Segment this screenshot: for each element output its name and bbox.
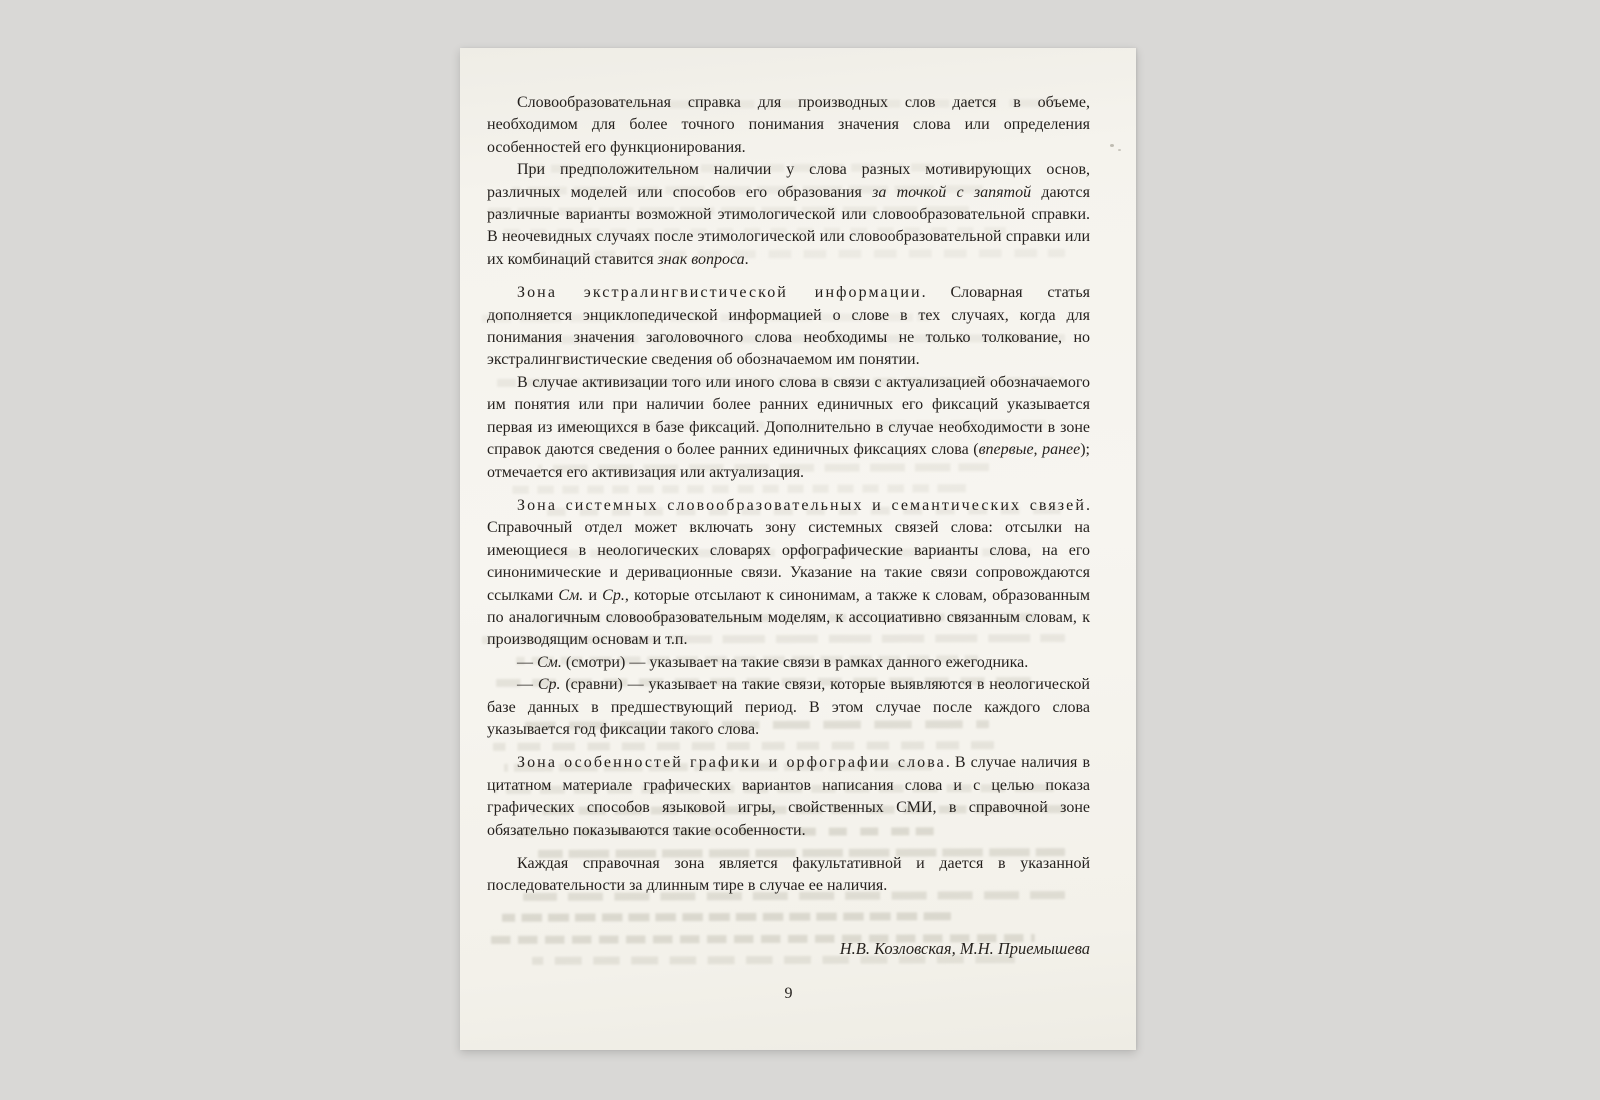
text-run-italic: Ср. (602, 587, 625, 604)
section-extralinguistic-info: Зона экстралингвистической информации. С… (487, 282, 1090, 372)
text-run-italic: Ср. (538, 676, 561, 693)
list-item-sm: — См. (смотри) — указывает на такие связ… (487, 652, 1090, 674)
section-heading: Зона системных словообразовательных и се… (517, 497, 1086, 514)
paragraph-derivational-note: Словообразовательная справка для произво… (487, 92, 1090, 159)
authors-signature: Н.В. Козловская, М.Н. Приемышева (487, 938, 1090, 960)
text-run-italic: См. (558, 587, 583, 604)
section-graphics-orthography: Зона особенностей графики и орфографии с… (487, 752, 1090, 842)
scanned-page: Словообразовательная справка для произво… (460, 48, 1136, 1050)
paragraph-activization: В случае активизации того или иного слов… (487, 372, 1090, 484)
text-run: Каждая справочная зона является факульта… (487, 855, 1090, 894)
section-heading: Зона особенностей графики и орфографии с… (517, 754, 946, 771)
text-run: и (583, 587, 602, 604)
list-item-sr: — Ср. (сравни) — указывает на такие связ… (487, 674, 1090, 741)
text-run: Словообразовательная справка для произво… (487, 94, 1090, 156)
text-run-italic: впервые, ранее (979, 441, 1081, 458)
text-run-italic: знак вопроса (658, 251, 745, 268)
page-number: 9 (487, 985, 1090, 1003)
text-run: (смотри) — указывает на такие связи в ра… (562, 654, 1028, 671)
text-run-italic: за точкой с запятой (872, 184, 1031, 201)
page-text: Словообразовательная справка для произво… (487, 92, 1090, 960)
text-run-italic: См. (537, 654, 562, 671)
text-run: (сравни) — указывает на такие связи, кот… (487, 676, 1090, 738)
text-run: — (517, 676, 538, 693)
text-run: . (745, 251, 749, 268)
paragraph-multiple-bases: При предположительном наличии у слова ра… (487, 159, 1090, 271)
section-heading: Зона экстралингвистической информации (517, 284, 922, 301)
scan-speck (1110, 144, 1114, 147)
scan-speck (1118, 149, 1121, 151)
text-run: — (517, 654, 537, 671)
paragraph-closing-note: Каждая справочная зона является факульта… (487, 853, 1090, 898)
section-systemic-links: Зона системных словообразовательных и се… (487, 495, 1090, 652)
